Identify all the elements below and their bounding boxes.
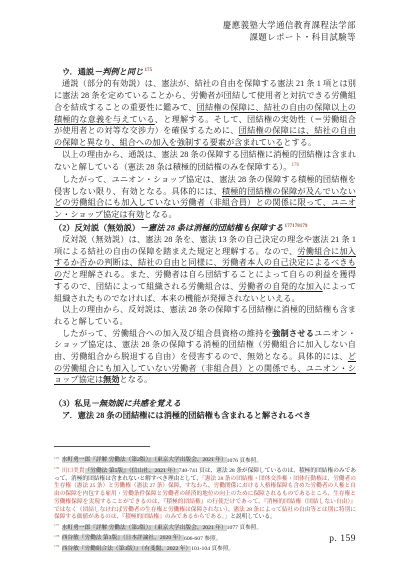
text-segment: ア．憲法 28 条の団結権には消極的団結権も含まれると解されるべき bbox=[62, 411, 311, 420]
text-segment: 175 bbox=[143, 67, 152, 73]
text-segment: したがって、労働組合への加入及び組合員資格の維持を bbox=[62, 329, 272, 338]
footnote-number: 177 bbox=[54, 523, 59, 527]
paragraph-tsusetsu-3: したがって、ユニオン・ショップ協定は、憲法 28 条の保障する積極的団結権を侵害… bbox=[54, 174, 356, 221]
page-number: p. 159 bbox=[329, 534, 356, 544]
text-segment: 水町勇一郎『詳解 労働法（第2版）』（東京大学出版会、2021 年） bbox=[62, 525, 227, 531]
heading-tsusetsu: ウ．通説－判例と同じ 175 bbox=[62, 65, 356, 78]
heading-hantaisetsu: （2）反対説（無効説）－憲法 28 条は消極的団結権も保障する 17717817… bbox=[54, 221, 356, 234]
text-segment: 西谷敏『労働組合法（第3版）』（有斐閣、2022 年） bbox=[62, 546, 191, 552]
text-segment: と説明している。 bbox=[230, 514, 276, 520]
paragraph-hantaisetsu-1: 反対説（無効説）は、憲法 28 条を、憲法 13 条の自己決定の理念や憲法 21… bbox=[54, 234, 356, 304]
text-segment: 1076 頁参照。 bbox=[227, 457, 263, 463]
footnote-175: 175 水町勇一郎『詳解 労働法（第2版）』（東京大学出版会、2021 年）10… bbox=[54, 455, 356, 466]
text-segment: 西谷敏『労働法 第3版』（日本評論社、2020 年） bbox=[62, 535, 184, 541]
text-segment: （2）反対説（無効説） bbox=[54, 223, 140, 232]
text-segment: 無効 bbox=[103, 375, 119, 384]
header-institution: 慶應義塾大学通信教育課程法学部 bbox=[54, 20, 356, 32]
text-segment: とする。 bbox=[283, 138, 316, 147]
text-segment: －憲法 28 条は消極的団結権も保障する bbox=[140, 223, 283, 232]
text-segment: となる。 bbox=[144, 210, 177, 219]
paragraph-hantaisetsu-2: 以上の理由から、反対説は、憲法 28 条の保障する団結権に消極的団結権も含まれる… bbox=[54, 304, 356, 327]
text-segment: 水町勇一郎『詳解 労働法（第2版）』（東京大学出版会、2021 年） bbox=[62, 457, 227, 463]
paragraph-tsusetsu-2: 以上の理由から、通説は、憲法 28 条の保障する団結権に消極的団結権は含まれない… bbox=[54, 149, 356, 174]
footnote-number: 179 bbox=[54, 544, 59, 548]
text-segment: 101-104 頁参照。 bbox=[191, 546, 234, 552]
text-segment: 606-607 参照。 bbox=[184, 535, 221, 541]
text-segment: 1077 頁参照。 bbox=[227, 525, 263, 531]
text-segment: 以上の理由から、反対説は、憲法 28 条の保障する団結権に消極的団結権も含まれる… bbox=[54, 305, 356, 326]
text-segment: －判例と同じ bbox=[94, 68, 143, 77]
heading-shiken: （3）私見－無効説に共感を覚える bbox=[54, 398, 356, 410]
paragraph-hantaisetsu-3: したがって、労働組合への加入及び組合員資格の維持を強制させるユニオン・ショップ協… bbox=[54, 328, 356, 387]
text-segment: 川口美貴 bbox=[62, 468, 85, 474]
document-page: 慶應義塾大学通信教育課程法学部 課題レポート・科目試験等 ウ．通説－判例と同じ … bbox=[0, 0, 410, 580]
paragraph-tsusetsu-1: 通説（部分的有効説）は、憲法が、結社の自由を保障する憲法 21 条 1 項とは別… bbox=[54, 78, 356, 148]
header-subtitle: 課題レポート・科目試験等 bbox=[54, 32, 356, 44]
footnote-179: 179 西谷敏『労働組合法（第3版）』（有斐閣、2022 年）101-104 頁… bbox=[54, 543, 356, 554]
text-segment: 以上の理由から、通説は、憲法 28 条の保障する団結権に消極的団結権は含まれない… bbox=[54, 150, 356, 172]
text-segment: 176 bbox=[291, 162, 299, 168]
document-header: 慶應義塾大学通信教育課程法学部 課題レポート・科目試験等 bbox=[54, 20, 356, 44]
footnote-separator bbox=[54, 446, 150, 447]
text-segment: 177178179 bbox=[283, 223, 307, 229]
text-segment: となる。 bbox=[120, 375, 153, 384]
heading-shiken-a: ア．憲法 28 条の団結権には消極的団結権も含まれると解されるべき bbox=[62, 410, 356, 422]
text-segment: 「憲法 28 条の団結権・団体交渉権・団体行動権は、労働者の生存権（憲法 25 … bbox=[54, 476, 356, 521]
footnote-number: 176 bbox=[54, 466, 59, 470]
footnotes-section: 175 水町勇一郎『詳解 労働法（第2版）』（東京大学出版会、2021 年）10… bbox=[54, 455, 356, 554]
text-segment: 強制させる bbox=[272, 329, 314, 338]
text-segment: ウ．通説 bbox=[62, 68, 94, 77]
footnote-number: 178 bbox=[54, 534, 59, 538]
text-segment: －無効説に共感を覚える bbox=[91, 399, 181, 408]
document-body: ウ．通説－判例と同じ 175通説（部分的有効説）は、憲法が、結社の自由を保障する… bbox=[54, 65, 356, 422]
footnote-177: 177 水町勇一郎『詳解 労働法（第2版）』（東京大学出版会、2021 年）10… bbox=[54, 522, 356, 533]
footnote-178: 178 西谷敏『労働法 第3版』（日本評論社、2020 年）606-607 参照… bbox=[54, 533, 356, 544]
text-segment: 『労働法 第5版』（信山社、2021 年） bbox=[85, 468, 179, 474]
text-segment: （3）私見 bbox=[54, 399, 91, 408]
text-segment: 労働者の自発的な加入 bbox=[239, 282, 323, 291]
footnote-number: 175 bbox=[54, 456, 59, 460]
footnote-176: 176 川口美貴『労働法 第5版』（信山社、2021 年）740-741 頁は、… bbox=[54, 465, 356, 522]
